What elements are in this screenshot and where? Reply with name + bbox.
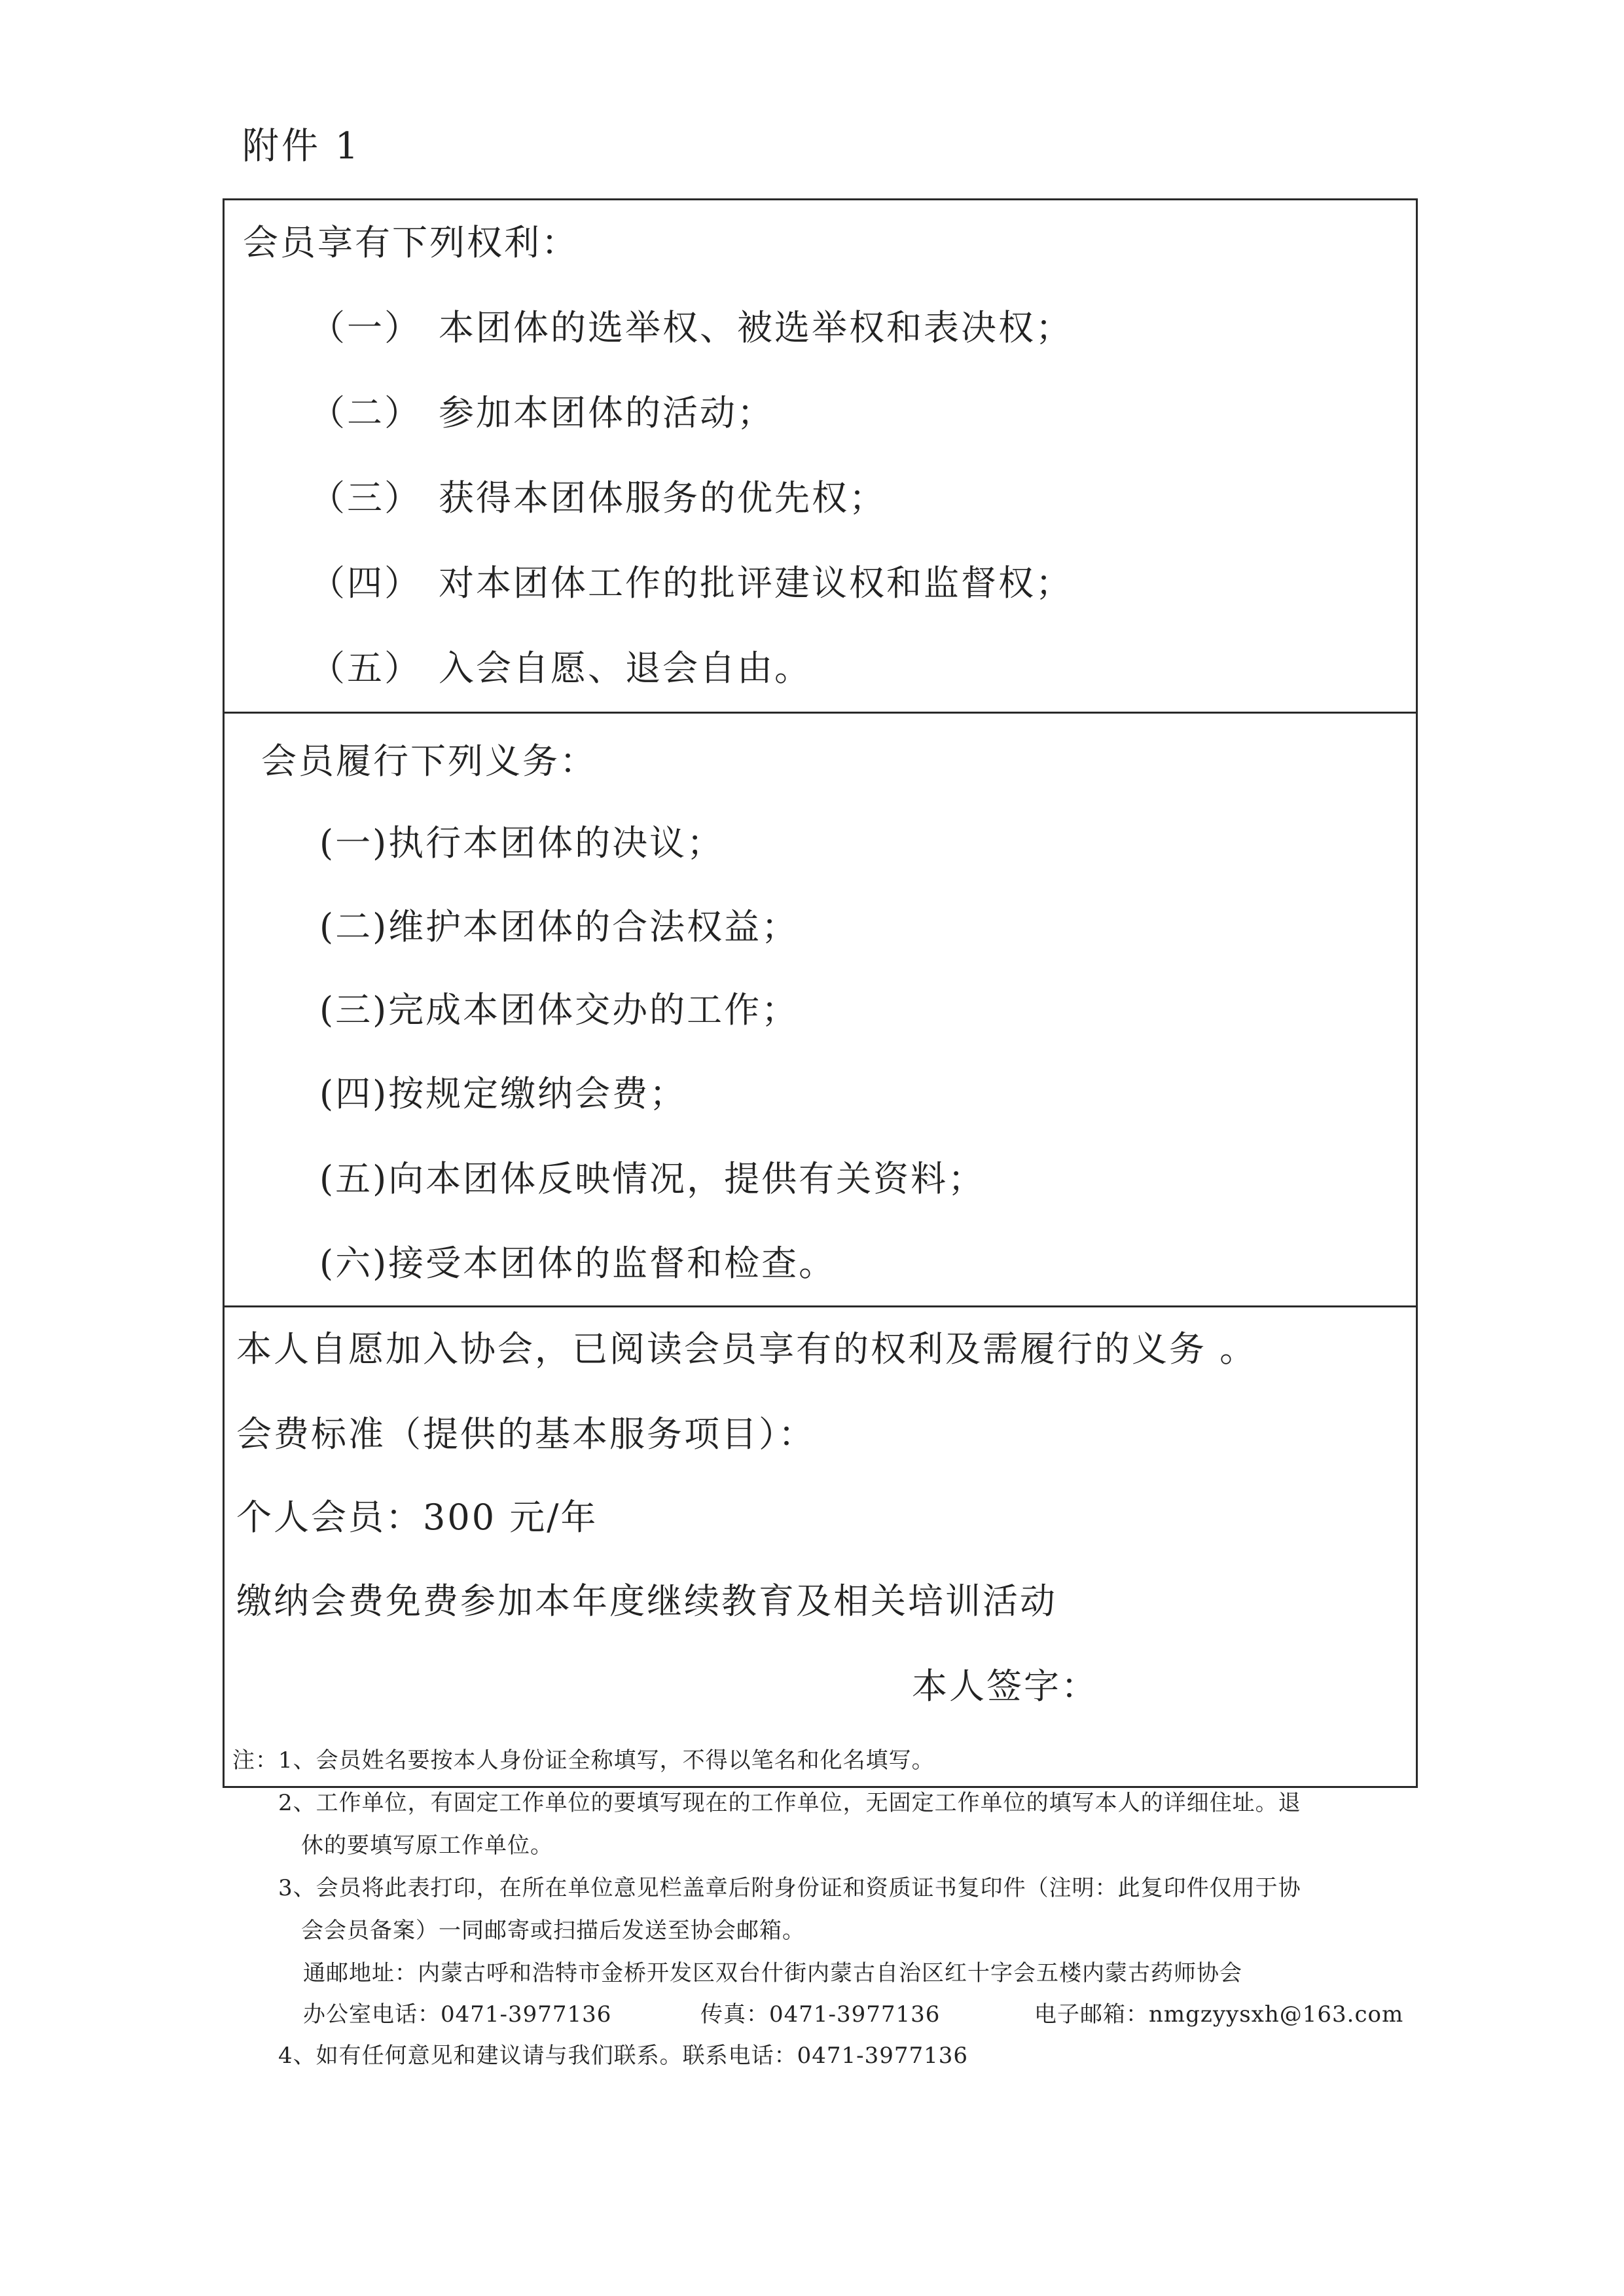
fee-benefit: 缴纳会费免费参加本年度继续教育及相关培训活动 (236, 1584, 1057, 1619)
email-address[interactable]: 电子邮箱：nmgzyysxh@163.com (1034, 2003, 1403, 2026)
section-divider (225, 1305, 1416, 1307)
item-text: 入会自愿、退会自由。 (439, 647, 812, 689)
item-text: 对本团体工作的批评建议权和监督权； (439, 562, 1073, 604)
note-4: 4、如有任何意见和建议请与我们联系。联系电话：0471-3977136 (278, 2045, 968, 2067)
notes-prefix: 注： (232, 1747, 278, 1774)
section-divider (225, 712, 1416, 714)
attachment-label: 附件 1 (242, 128, 361, 165)
fee-standard-heading: 会费标准（提供的基本服务项目）： (236, 1417, 816, 1452)
item-number: （一） (310, 307, 422, 348)
item-number: (六) (319, 1243, 388, 1284)
item-text: 接受本团体的监督和检查。 (388, 1243, 836, 1284)
obligations-item-6: (六)接受本团体的监督和检查。 (319, 1246, 836, 1281)
note-1: 注：1、会员姓名要按本人身份证全称填写，不得以笔名和化名填写。 (232, 1749, 935, 1772)
contact-address: 通邮地址：内蒙古呼和浩特市金桥开发区双台什街内蒙古自治区红十字会五楼内蒙古药师协… (303, 1962, 1242, 1984)
obligations-item-1: (一)执行本团体的决议； (319, 826, 724, 861)
obligations-heading: 会员履行下列义务： (261, 744, 597, 779)
item-number: (二) (319, 906, 388, 947)
fax-number: 传真：0471-3977136 (700, 2003, 940, 2026)
item-number: （四） (310, 562, 422, 604)
obligations-item-5: (五)向本团体反映情况，提供有关资料； (319, 1161, 985, 1197)
item-text: 完成本团体交办的工作； (388, 989, 799, 1030)
signature-field[interactable] (1095, 1667, 1370, 1709)
item-number: (五) (319, 1158, 388, 1199)
item-text: 参加本团体的活动； (439, 392, 774, 433)
obligations-item-3: (三)完成本团体交办的工作； (319, 993, 799, 1028)
fee-individual: 个人会员：300 元/年 (236, 1500, 598, 1535)
note-3-line-2: 会会员备案）一同邮寄或扫描后发送至协会邮箱。 (301, 1920, 805, 1942)
item-text: 维护本团体的合法权益； (388, 906, 799, 947)
obligations-item-4: (四)按规定缴纳会费； (319, 1076, 687, 1112)
note-3-line-1: 3、会员将此表打印，在所在单位意见栏盖章后附身份证和资质证书复印件（注明：此复印… (278, 1877, 1301, 1899)
note-2-line-1: 2、工作单位，有固定工作单位的要填写现在的工作单位，无固定工作单位的填写本人的详… (278, 1792, 1301, 1814)
item-number: （五） (310, 647, 422, 689)
rights-item-4: （四）对本团体工作的批评建议权和监督权； (310, 566, 1073, 601)
item-number: （三） (310, 477, 422, 519)
office-phone: 办公室电话：0471-3977136 (303, 2003, 611, 2026)
item-text: 按规定缴纳会费； (388, 1073, 687, 1114)
signature-label: 本人签字： (912, 1669, 1098, 1704)
item-number: (一) (319, 822, 388, 864)
rights-item-1: （一）本团体的选举权、被选举权和表决权； (310, 310, 1073, 346)
consent-statement: 本人自愿加入协会，已阅读会员享有的权利及需履行的义务 。 (236, 1332, 1257, 1367)
item-number: (四) (319, 1073, 388, 1114)
item-text: 向本团体反映情况，提供有关资料； (388, 1158, 985, 1199)
rights-heading: 会员享有下列权利： (243, 225, 579, 261)
rights-item-3: （三）获得本团体服务的优先权； (310, 481, 886, 516)
item-text: 本团体的选举权、被选举权和表决权； (439, 307, 1073, 348)
obligations-item-2: (二)维护本团体的合法权益； (319, 909, 799, 945)
membership-form-table: 会员享有下列权利： （一）本团体的选举权、被选举权和表决权； （二）参加本团体的… (223, 198, 1418, 1788)
item-number: (三) (319, 989, 388, 1030)
note-2-line-2: 休的要填写原工作单位。 (301, 1834, 553, 1857)
rights-item-5: （五）入会自愿、退会自由。 (310, 651, 812, 686)
item-text: 获得本团体服务的优先权； (439, 477, 886, 519)
item-number: （二） (310, 392, 422, 433)
rights-item-2: （二）参加本团体的活动； (310, 395, 774, 431)
item-text: 执行本团体的决议； (388, 822, 724, 864)
